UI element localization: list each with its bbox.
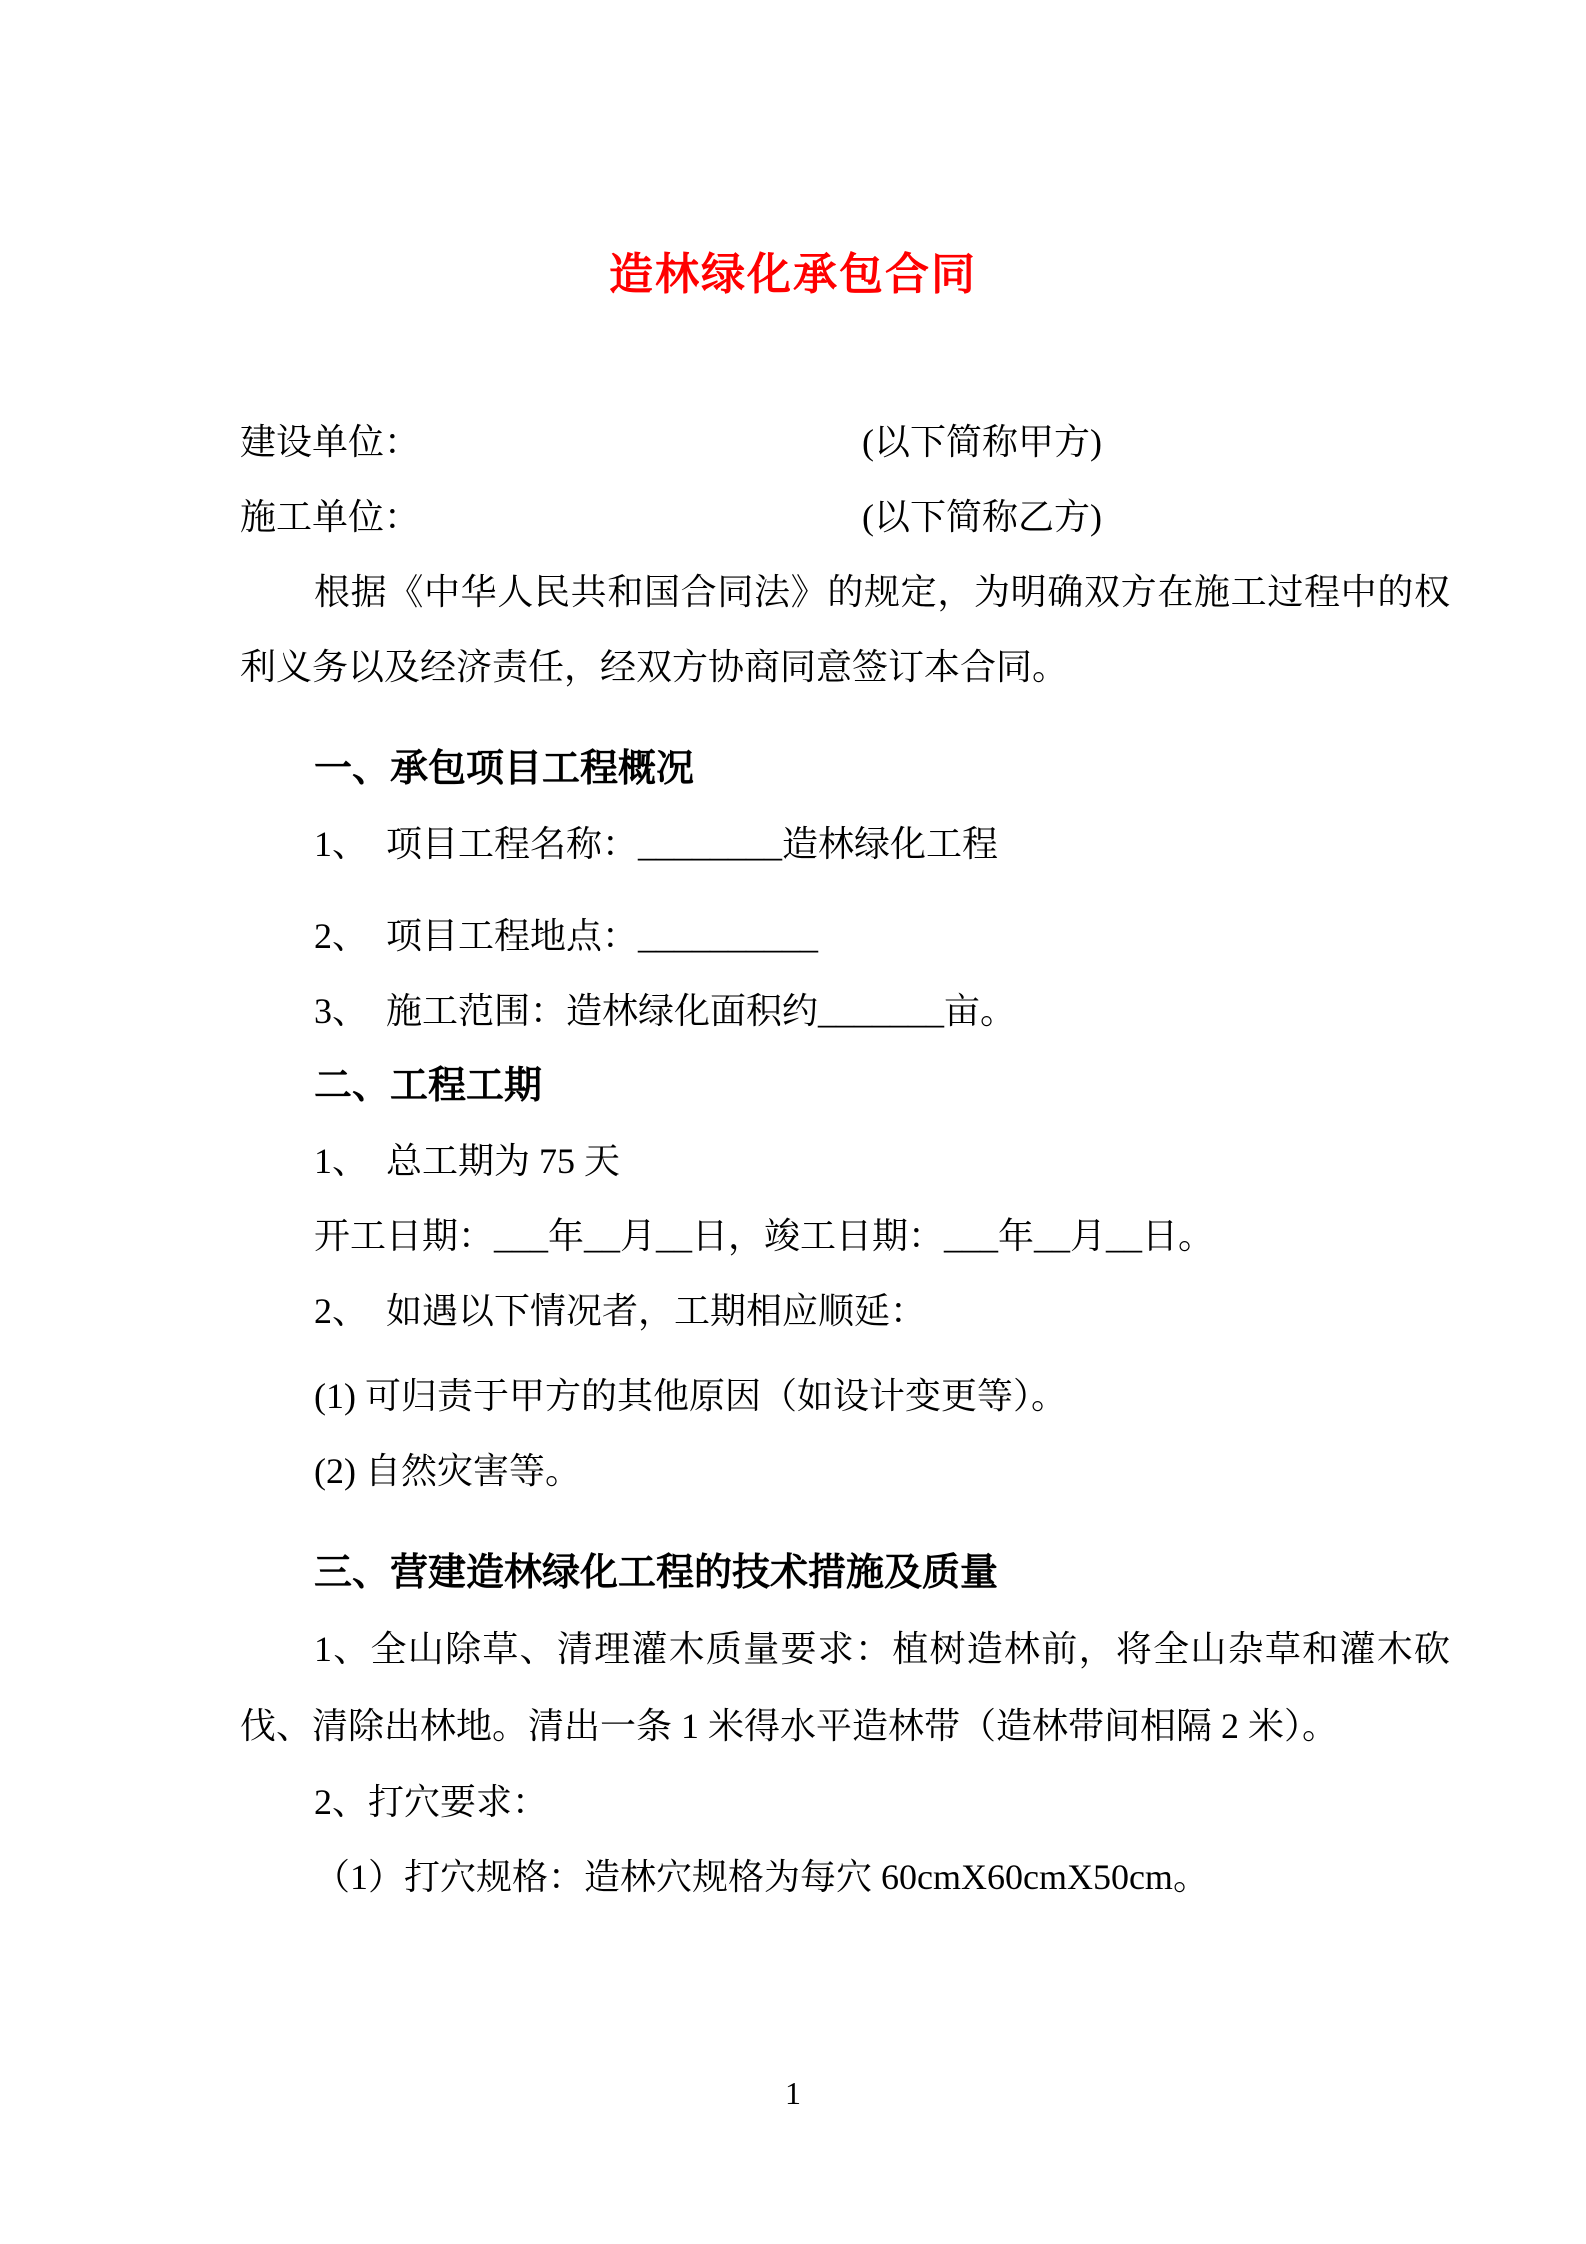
section3-paragraph-clearing: 1、全山除草、清理灌木质量要求：植树造林前，将全山杂草和灌木砍伐、清除出林地。清… <box>240 1611 1450 1765</box>
section2-sub-reason-2: (2) 自然灾害等。 <box>240 1434 1450 1509</box>
section1-item-project-location: 2、 项目工程地点：__________ <box>240 899 1450 974</box>
contract-document-page: 造林绿化承包合同 建设单位： (以下简称甲方) 施工单位： (以下简称乙方) 根… <box>0 0 1586 2244</box>
section2-item-extension: 2、 如遇以下情况者，工期相应顺延： <box>240 1274 1450 1349</box>
party-line-contractor: 施工单位： (以下简称乙方) <box>240 480 1450 555</box>
owner-unit-label: 建设单位： <box>240 422 420 462</box>
section3-item-digging: 2、打穴要求： <box>240 1765 1450 1840</box>
section1-item-scope: 3、 施工范围：造林绿化面积约_______亩。 <box>240 974 1450 1049</box>
owner-unit-note: (以下简称甲方) <box>862 405 1102 480</box>
section2-item-duration: 1、 总工期为 75 天 <box>240 1124 1450 1199</box>
page-number: 1 <box>0 2058 1586 2128</box>
section3-sub-digging-spec: （1）打穴规格：造林穴规格为每穴 60cmX60cmX50cm。 <box>240 1840 1450 1915</box>
party-line-owner: 建设单位： (以下简称甲方) <box>240 405 1450 480</box>
contractor-unit-label: 施工单位： <box>240 497 420 537</box>
preamble-paragraph: 根据《中华人民共和国合同法》的规定，为明确双方在施工过程中的权利义务以及经济责任… <box>240 555 1450 705</box>
contractor-unit-note: (以下简称乙方) <box>862 480 1102 555</box>
section2-dates-line: 开工日期：___年__月__日，竣工日期：___年__月__日。 <box>240 1199 1450 1274</box>
section1-heading: 一、承包项目工程概况 <box>240 732 1450 807</box>
section2-sub-reason-1: (1) 可归责于甲方的其他原因（如设计变更等）。 <box>240 1359 1450 1434</box>
section2-heading: 二、工程工期 <box>240 1049 1450 1124</box>
section3-heading: 三、营建造林绿化工程的技术措施及质量 <box>240 1536 1450 1611</box>
section1-item-project-name: 1、 项目工程名称：________造林绿化工程 <box>240 807 1450 882</box>
document-body: 建设单位： (以下简称甲方) 施工单位： (以下简称乙方) 根据《中华人民共和国… <box>240 0 1450 1915</box>
